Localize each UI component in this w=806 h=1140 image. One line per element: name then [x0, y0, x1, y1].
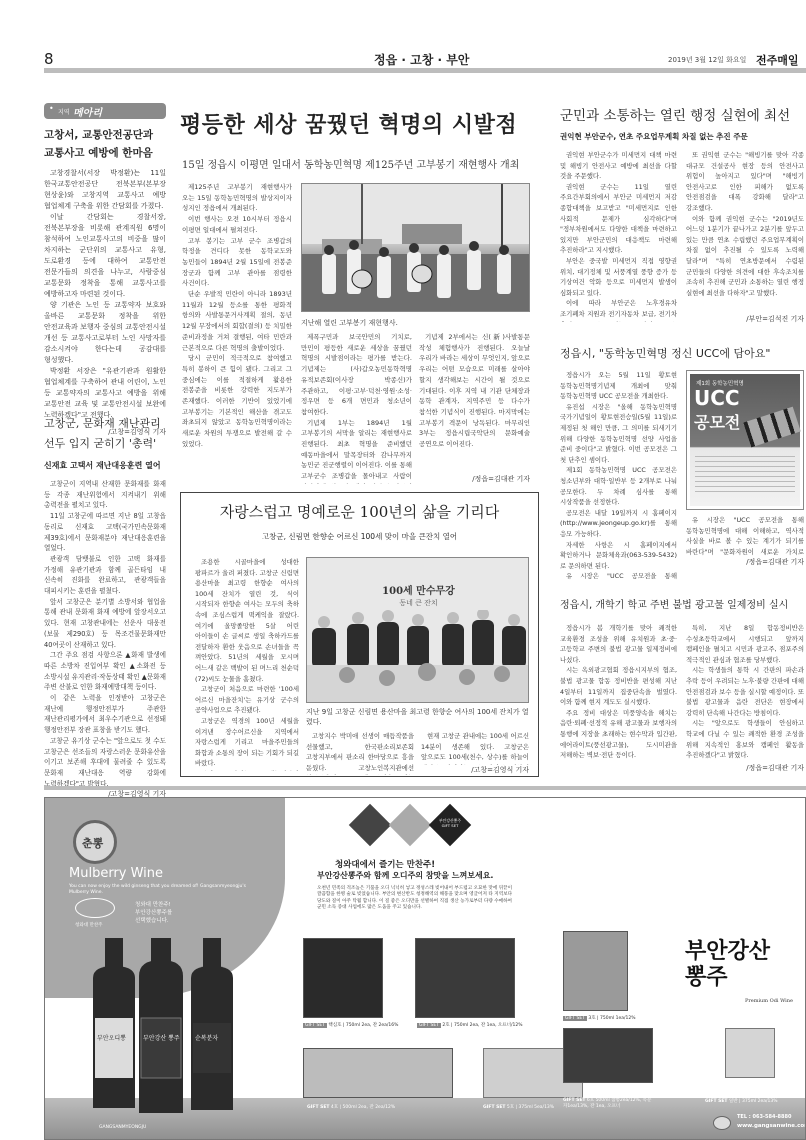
box-photo: 100세 만수무강 동네 큰 잔치	[306, 557, 529, 703]
gift-set-label: GIFT SET	[417, 1023, 441, 1028]
main-subhead: 15일 정읍시 이평면 일대서 동학농민혁명 제125주년 고부봉기 재현행사 …	[182, 156, 552, 171]
gift-set-7: GIFT SET 일반 | 375ml 2ea/13%	[705, 1098, 778, 1104]
group-photo-icon	[307, 610, 529, 703]
gift-box-3	[563, 931, 628, 1011]
bottle-label-3: 순복분자	[195, 1033, 218, 1042]
main-photo	[301, 183, 530, 312]
box-photo-caption: 지난 9일 고창군 신림면 용산마을 최고령 한향순 여사의 100세 잔치가 …	[306, 707, 529, 727]
gift-box-4	[303, 1048, 453, 1098]
ad-divider	[44, 786, 806, 790]
ad-tagline: You can now enjoy the wild ginseng that …	[69, 884, 249, 896]
poster-contest: 공모전	[694, 410, 740, 433]
gift-set-2: GIFT SET 2호 | 750ml 2ea, 잔 1ea, 오프너/12%	[417, 1022, 523, 1028]
gift-set-label: GIFT SET	[303, 1023, 327, 1028]
giftset-badge-text: 부안강산뽕주 GIFT SET	[429, 818, 471, 828]
mulberry-diamond-icon	[349, 804, 391, 846]
box-byline: /고창=김영식 기자	[421, 765, 529, 775]
bullet-icon: •	[49, 104, 54, 113]
seal-text: 청와대 만찬주! 부안강산뽕주를 선택했습니다.	[135, 901, 172, 925]
right-byline-3: /정읍=김대관 기자	[686, 763, 804, 773]
issue-date: 2019년 3월 12일 화요일	[668, 55, 746, 65]
column-tag-title: 메아리	[73, 104, 102, 119]
main-byline: /정읍=김대관 기자	[419, 474, 530, 484]
ucc-poster: 제1회 동학농민혁명 UCC 공모전	[686, 370, 804, 510]
left-article-1: 고창서, 교통안전공단과 교통사고 예방에 한마음 고창경찰서(서장 박정환)는…	[44, 126, 166, 437]
contact-website[interactable]: www.gangsanwine.com	[737, 1123, 806, 1129]
subhead: 신재효 고택서 재난대응훈련 열어	[44, 460, 166, 471]
gift-set-3: GIFT SET 3호 | 750ml 1ea/12%	[563, 1015, 636, 1021]
ad-title: Mulberry Wine	[69, 866, 163, 881]
promo-body: 오천년 민족의 격조높은 기품을 오디 넉넉히 넣고 정성스레 빚어내어 부드럽…	[317, 886, 517, 911]
article-body: 고창경찰서(서장 박정환)는 11일 한국교통안전공단 전북본부(본부장 현상윤…	[44, 168, 166, 421]
column-tag-prefix: 지역	[58, 107, 70, 116]
box-article: 자랑스럽고 명예로운 100년의 삶을 기리다 고창군, 신림면 한향순 어르신…	[180, 492, 539, 777]
headline: 고창군, 문화재 재난관리 선두 입지 굳히기 '총력'	[44, 414, 166, 454]
right-headline-2: 정읍시, "동학농민혁명 정신 UCC에 담아요"	[560, 345, 806, 361]
box-headline: 자랑스럽고 명예로운 100년의 삶을 기리다	[181, 501, 538, 522]
left-article-2: 고창군, 문화재 재난관리 선두 입지 굳히기 '총력' 신재효 고택서 재난대…	[44, 414, 166, 799]
gift-box-1	[303, 938, 383, 1018]
promo-line-1: 청와대에서 즐기는 만찬주!	[335, 858, 435, 870]
main-photo-caption: 지난해 열린 고부봉기 재현행사.	[301, 318, 530, 328]
box-col3: 현재 고창군 관내에는 100세 어르신 14분이 생존해 있다. 고창군은 앞…	[421, 731, 529, 765]
company-seal-icon	[713, 1116, 731, 1130]
section-title: 정읍 · 고창 · 부안	[374, 51, 469, 68]
header-rule	[44, 68, 806, 73]
gift-set-label: GIFT SET	[307, 1105, 329, 1110]
main-article-col1: 제125주년 고부봉기 재현행사가 오는 15일 동학농민혁명의 발상지이자 성…	[182, 182, 292, 482]
fruit-diamond-icon	[389, 804, 431, 846]
gift-set-label: GIFT SET	[483, 1105, 505, 1110]
right-headline-3: 정읍시, 개학기 학교 주변 불법 광고물 일제정비 실시	[560, 596, 806, 611]
gift-set-1: GIFT SET 핵심호 | 750ml 2ea, 잔 2ea/16%	[303, 1022, 398, 1028]
box-col2: 고창지수 박미애 선생이 매듭작품을 선물했고, 한국판소리보존회 고창지부에서…	[306, 731, 414, 775]
parade-photo-icon	[302, 184, 530, 312]
main-article-col3: 기념제 2부에서는 신(新)사발통문 작성 체험행사가 진행된다. 오늘날 우리…	[419, 332, 530, 472]
right-article1-col1: 권익현 부안군수가 미세먼지 대책 마련 및 해빙기 안전사고 예방에 최선을 …	[560, 150, 677, 322]
gift-set-label: GIFT SET	[705, 1099, 727, 1104]
right-headline-1: 군민과 소통하는 열린 행정 실현에 최선	[560, 104, 806, 124]
right-subhead-1: 권익현 부안군수, 연초 주요업무계획 차질 없는 추진 주문	[560, 131, 806, 142]
main-headline: 평등한 세상 꿈꿨던 혁명의 시발점	[180, 108, 550, 139]
article-body: 고창군이 지역내 산재한 문화재를 화재 등 각종 재난위험에서 지켜내기 위해…	[44, 479, 166, 789]
bottle-label-2: 부안강산 뽕주	[143, 1033, 180, 1042]
box-col1: 조용한 시골마을에 성대한 팡파르가 울려 퍼졌다. 고창군 신림면 용산마을 …	[195, 557, 299, 771]
gift-box-6	[563, 1028, 653, 1083]
column-tag: • 지역 메아리	[44, 103, 166, 119]
brand-logo-text: 춘뽕	[82, 835, 103, 851]
mulberry-wine-ad: 춘뽕 Mulberry Wine You can now enjoy the w…	[44, 797, 806, 1140]
gift-set-label: GIFT SET	[563, 1016, 587, 1021]
contact-phone: TEL : 063-584-8880	[737, 1114, 791, 1120]
right-article1-col2: 또 권익현 군수는 "해빙기를 맞아 각종 대규모 건설공사 현장 등의 안전사…	[686, 150, 804, 312]
poster-ucc: UCC	[694, 386, 740, 410]
banner-line1: 100세 만수무강	[307, 582, 529, 597]
headline: 고창서, 교통안전공단과 교통사고 예방에 한마음	[44, 126, 166, 162]
brand-script: 부안강산 뽕주	[685, 938, 795, 990]
gift-set-6: GIFT SET 6호 500ml 참뽕2ea/12%, 복분자1ea/13%,…	[563, 1098, 653, 1110]
right-byline-1: /부안=김석진 기자	[686, 314, 804, 324]
poster-info-lines	[695, 456, 795, 496]
brand-logo: 춘뽕	[73, 820, 117, 864]
paper-name: 전주매일	[756, 52, 799, 68]
right-byline-2: /정읍=김대관 기자	[686, 557, 804, 567]
brand-sub: Premium Odi Wine	[745, 998, 795, 1004]
maker-logo: GANGSANMYEONGJU	[99, 1125, 146, 1130]
gift-box-7	[725, 1028, 775, 1078]
bottle-label-1: 부안오디뽕	[97, 1033, 126, 1042]
gift-set-5: GIFT SET 5호 | 375ml 5ea/13%	[483, 1104, 554, 1110]
banner-line2: 동네 큰 잔치	[307, 598, 529, 608]
seal-caption: 청와대 만찬주	[75, 922, 103, 928]
right-article2-col2-tail: 유 시장은 "UCC 공모전을 통해 동학농민혁명에 대해 이해하고, 역사적 …	[686, 515, 804, 557]
gift-set-4: GIFT SET 4호 | 500ml 2ea, 잔 2ea/12%	[307, 1104, 395, 1110]
right-article3-col2: 특히, 지난 8일 합동정비반은 수성초등학교에서 시행되고 앞까지 캠페인을 …	[686, 623, 804, 761]
page-number: 8	[44, 50, 54, 68]
film-strip-icon	[743, 407, 800, 448]
main-article-col2: 제폭구민과 보국안민의 기치로, 만민이 평등한 새로운 세상을 꿈꿨던 혁명의…	[301, 332, 412, 484]
right-article3-col1: 정읍시가 봄 개학기를 맞아 쾌적한 교육환경 조성을 위해 유치원과 초·중·…	[560, 623, 677, 771]
gift-box-2	[415, 938, 515, 1018]
gift-set-label: GIFT SET	[563, 1098, 585, 1103]
right-article2-col1: 정읍시가 오는 5월 11일 황토현 동학농민혁명기념제 개최에 맞춰 동학농민…	[560, 370, 677, 580]
promo-line-2: 부안강산뽕주와 함께 오디주의 참맛을 느껴보세요.	[317, 870, 493, 881]
box-subhead: 고창군, 신림면 한향순 어르신 100세 맞이 마을 큰잔치 열어	[181, 531, 538, 542]
seal-icon	[75, 898, 115, 918]
